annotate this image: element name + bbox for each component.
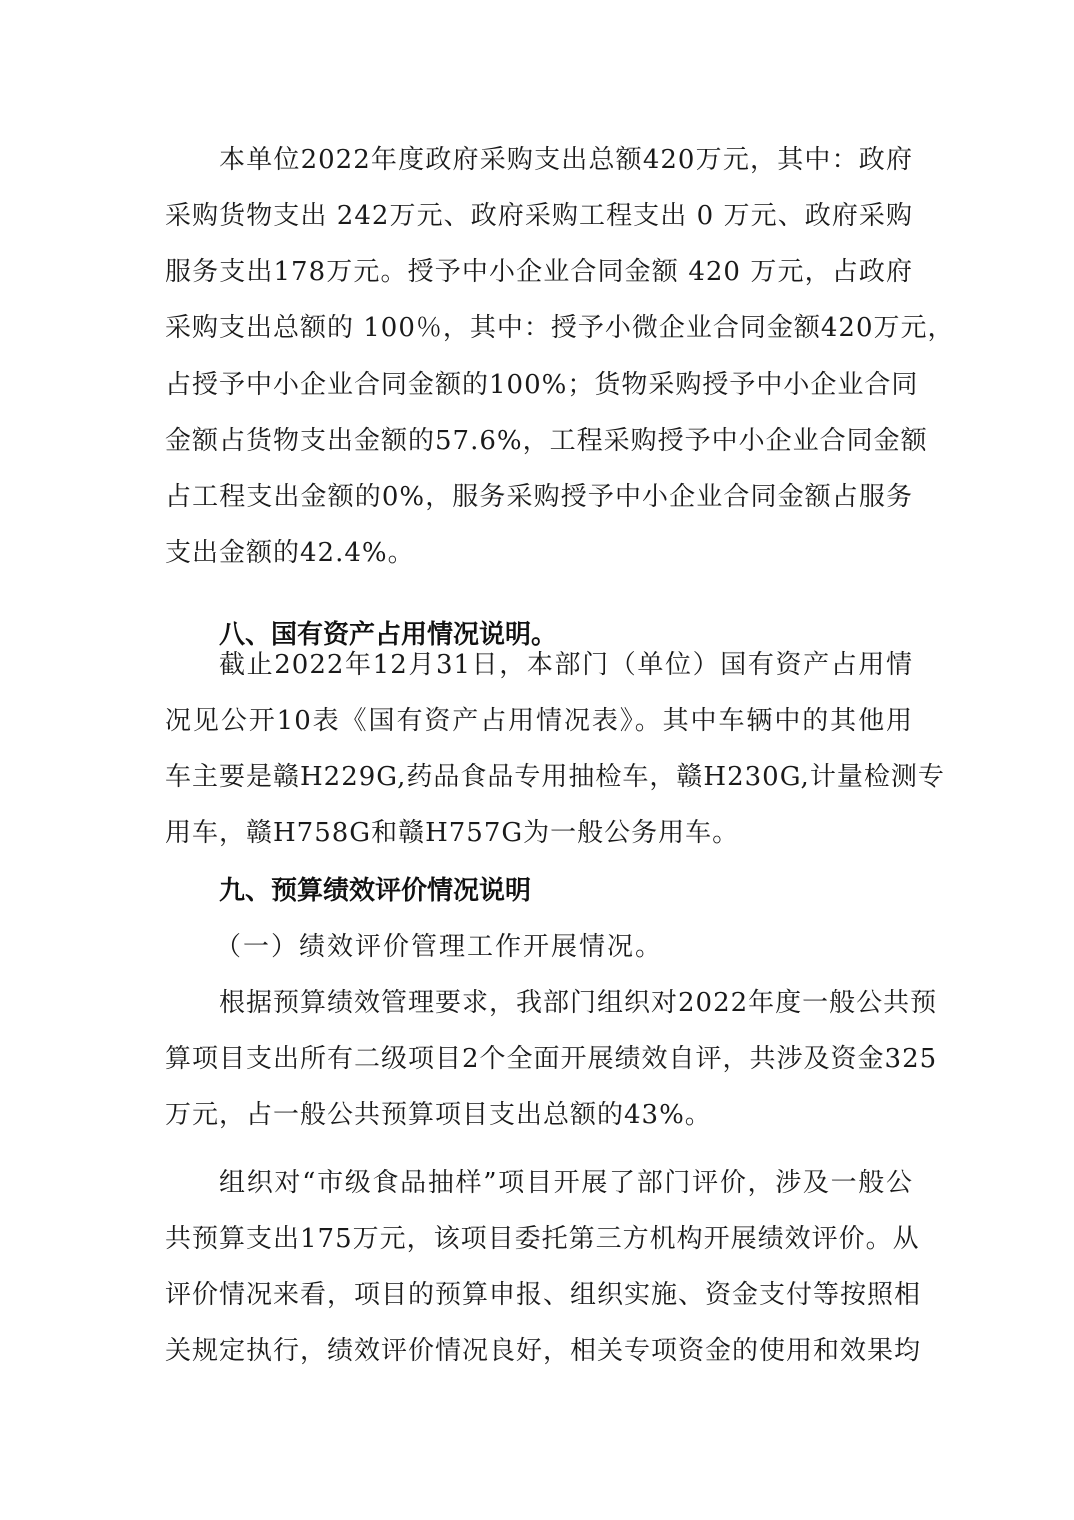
paragraph-line: 组织对“市级食品抽样”项目开展了部门评价，涉及一般公 xyxy=(219,1163,913,1203)
paragraph-line: 关规定执行，绩效评价情况良好，相关专项资金的使用和效果均 xyxy=(165,1331,913,1371)
paragraph-line: 采购支出总额的 100％，其中：授予小微企业合同金额420万元， xyxy=(165,308,913,348)
paragraph-line: 金额占货物支出金额的57.6%，工程采购授予中小企业合同金额 xyxy=(165,421,913,461)
paragraph-line: 截止2022年12月31日，本部门（单位）国有资产占用情 xyxy=(219,645,913,685)
paragraph-line: 用车，赣H758G和赣H757G为一般公务用车。 xyxy=(165,813,913,853)
paragraph-line: 算项目支出所有二级项目2个全面开展绩效自评，共涉及资金325 xyxy=(165,1039,913,1079)
paragraph-line: 况见公开10表《国有资产占用情况表》。其中车辆中的其他用 xyxy=(165,701,913,741)
paragraph-line: 服务支出178万元。授予中小企业合同金额 420 万元，占政府 xyxy=(165,252,913,292)
paragraph-line: 评价情况来看，项目的预算申报、组织实施、资金支付等按照相 xyxy=(165,1275,913,1315)
paragraph-line: 车主要是赣H229G,药品食品专用抽检车，赣H230G,计量检测专 xyxy=(165,757,913,797)
paragraph-line: 占工程支出金额的0%，服务采购授予中小企业合同金额占服务 xyxy=(165,477,913,517)
paragraph-line: 万元，占一般公共预算项目支出总额的43%。 xyxy=(165,1095,913,1135)
paragraph-line: 占授予中小企业合同金额的100%；货物采购授予中小企业合同 xyxy=(165,365,913,405)
section-heading-performance: 九、预算绩效评价情况说明 xyxy=(219,871,531,911)
subheading-performance-management: （一）绩效评价管理工作开展情况。 xyxy=(215,927,663,967)
paragraph-line: 采购货物支出 242万元、政府采购工程支出 0 万元、政府采购 xyxy=(165,196,913,236)
paragraph-line: 本单位2022年度政府采购支出总额420万元，其中：政府 xyxy=(219,140,913,180)
paragraph-line: 支出金额的42.4%。 xyxy=(165,533,913,573)
paragraph-line: 共预算支出175万元，该项目委托第三方机构开展绩效评价。从 xyxy=(165,1219,913,1259)
paragraph-line: 根据预算绩效管理要求，我部门组织对2022年度一般公共预 xyxy=(219,983,913,1023)
